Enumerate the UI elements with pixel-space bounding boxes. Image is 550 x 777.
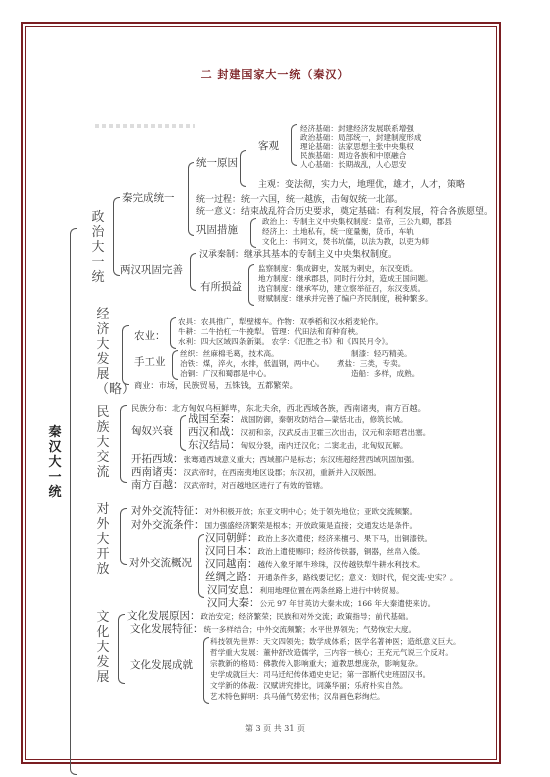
meaning-text: 统一意义：结束战乱符合历史要求，奠定基础：有利发展，符合各族愿望。	[196, 207, 493, 217]
handicraft-item-right: 煮盐：三类，专卖。	[337, 359, 405, 368]
faded-header-text	[95, 124, 195, 128]
ethnic-brace	[120, 405, 127, 483]
culture-reason: 文化发展原因：政治安定；经济繁荣；民族和对外交流；政策指导；前代基础。	[127, 610, 413, 622]
achievement-label: 文化发展成就	[130, 659, 193, 671]
objective-item: 人心基础：长期战乱，人心思安	[300, 160, 406, 169]
adjust-label: 有所损益	[200, 281, 242, 293]
reason-brace	[240, 150, 246, 187]
consolidate-item: 政治上：专制主义中央集权制度：皇帝，三公九卿，郡县	[262, 217, 452, 226]
objective-label: 客观	[258, 140, 279, 152]
adjust-item: 选官制度：继承军功，建立察举征召，东汉变质。	[258, 284, 425, 293]
overview-item: 汉同越南：越传入象牙犀牛珍珠，汉传越铁犁牛耕水利技术。	[205, 558, 425, 570]
agriculture-item: 牛耕：二牛抬杠一牛挽犁。 管理：代田法和育种育秧。	[178, 327, 363, 336]
page-number: 第 3 页 共 31 页	[0, 723, 550, 734]
achievement-item: 科技领先世界：天文四领先；数学成体系；医学名著神医；造纸意义巨大。	[210, 637, 461, 646]
ethnic-distribution: 民族分布：北方匈奴乌桓鲜卑，东北夫余，西北西域各族，西南诸夷，南方百越。	[131, 404, 426, 413]
achievement-item: 哲学重大发展：董仲舒改造儒学，三内容一核心；王充元气说三个反对。	[210, 648, 453, 657]
achievement-brace	[203, 637, 209, 704]
handicraft-label: 手工业	[134, 356, 166, 368]
south-yue: 南方百越：汉武帝时，对百越地区进行了有效的管辖。	[131, 479, 328, 491]
western-regions: 开拓西域：张骞通西域意义重大；西域都户是标志；东汉班超经营西域巩固加强。	[131, 453, 419, 465]
objective-brace	[291, 124, 297, 166]
han-brace	[190, 253, 196, 291]
ethnic-label: 民族大交流	[96, 405, 110, 480]
overview-label: 对外交流概况	[129, 557, 192, 569]
handicraft-item-right: 制漆：轻巧精美。	[351, 349, 412, 358]
overview-item: 汉同朝鲜：政治上多次遣使；经济来檀弓、果下马，出铜漆铁。	[205, 532, 432, 544]
reason-label: 统一原因	[196, 157, 238, 169]
han-inherit-text: 汉承秦制：继承其基本的专制主义中央集权制度。	[199, 250, 397, 260]
culture-feature: 文化发展特征：统一多样结合；中外交流频繁；水平世界领先；气势恢宏大度。	[130, 623, 416, 635]
root-brace	[70, 228, 77, 775]
objective-item: 理论基础：法家思想主张中央集权	[300, 142, 414, 151]
southwest-yi: 西南诸夷：汉武帝时，在西南夷地区设郡；东汉初，重新并入汉版图。	[131, 466, 381, 478]
xiongnu-label: 匈奴兴衰	[131, 425, 173, 437]
overview-brace	[198, 534, 204, 598]
handicraft-item-right: 造船：多样，成熟。	[351, 369, 419, 378]
consolidate-item: 文化上：书同文，焚书坑儒，以法为教，以吏为师	[262, 237, 429, 246]
overview-item: 汉同安息：利用地理位置在两条丝路上进行中转贸易。	[207, 584, 404, 596]
overview-item: 汉同大秦：公元 97 年甘英访大秦未成；166 年大秦遣使来访。	[207, 597, 435, 609]
adjust-brace	[248, 264, 254, 306]
xiongnu-brace	[180, 415, 186, 451]
achievement-item: 史学成就巨大：司马迁纪传体通史史记；第一部断代史班固汉书。	[210, 670, 430, 679]
economy-label: 经济大发展（略）	[96, 307, 110, 397]
culture-label: 文化大发展	[96, 610, 110, 685]
achievement-item: 艺术特色鲜明：兵马俑气势宏伟；汉帛画色彩绚烂。	[210, 692, 385, 701]
process-text: 统一过程：统一六国，统一越族，击匈奴统一北部。	[196, 195, 403, 205]
page-title: 二 封建国家大一统（秦汉）	[0, 66, 550, 82]
xiongnu-item: 西汉和战：汉初和亲，汉武反击卫霍三次出击，汉元和亲昭君出塞。	[188, 426, 430, 438]
handicraft-item: 丝织：丝麻棉毛葛，技术高。	[180, 349, 279, 358]
objective-item: 民族基础：周边各族和中原融合	[300, 151, 406, 160]
opening-brace	[120, 508, 127, 565]
consolidate-item: 经济上：土地私有，统一度量衡，货币，车轨	[262, 227, 414, 236]
handicraft-item: 冶铁：煤，淬火，水排，低温钢，两中心。	[180, 359, 324, 368]
subjective-text: 主观：变法彻，实力大，地理优，雄才，人才，策略	[258, 180, 465, 190]
opening-label: 对外大开放	[96, 502, 110, 577]
agriculture-label: 农业：	[134, 330, 166, 342]
qin-unify-label: 秦完成统一	[122, 192, 175, 204]
consolidate-brace	[250, 218, 256, 248]
adjust-item: 地方制度：继承郡县，同时行分封，造成王国问题。	[258, 274, 433, 283]
objective-item: 政治基础：局部统一，封建制度形成	[300, 133, 422, 142]
handicraft-item: 冶铜：广汉和蜀郡是中心。	[180, 369, 271, 378]
achievement-item: 文学新的体裁：汉赋讲究排比，词藻华丽；乐府朴实自然。	[210, 681, 407, 690]
agriculture-item: 农具：农具推广，犁壁楼车。作物：双季稻和汉水稻麦轮作。	[178, 317, 383, 326]
adjust-item: 财赋制度：继承并完善了编户齐民制度，税种繁多。	[258, 294, 433, 303]
agriculture-brace	[170, 317, 176, 349]
culture-brace	[118, 614, 125, 684]
objective-item: 经济基础：封建经济发展联系增强	[300, 124, 414, 133]
root-label: 秦汉大一统	[48, 425, 62, 500]
politics-brace	[113, 197, 120, 276]
overview-item: 丝绸之路：开通条件多，路线要记忆；意义：划时代，促交流-史实？。	[205, 571, 458, 583]
overview-item: 汉同日本：政治上遣使赐印；经济传铁器，铜器，丝帛入倭。	[205, 545, 425, 557]
han-consolidate-label: 两汉巩固完善	[120, 264, 183, 276]
economy-brace	[122, 325, 129, 385]
opening-condition: 对外交流条件：国力强盛经济繁荣是根本；开放政策是直接；交通发达是条件。	[131, 519, 417, 531]
politics-label: 政治大一统	[91, 210, 105, 285]
handicraft-brace	[172, 350, 178, 380]
achievement-item: 宗教新的格局：佛教传入影响重大；道教思想庞杂，影响复杂。	[210, 659, 423, 668]
commerce-text: 商业：市场，民族贸易，五铢钱，五都繁荣。	[134, 381, 298, 390]
consolidate-label: 巩固措施	[196, 224, 238, 236]
adjust-item: 监察制度：集成御史，发展为刺史，东汉变质。	[258, 264, 417, 273]
opening-feature: 对外交流特征：对外积极开放；东亚文明中心；处于领先地位；亚欧交流频繁。	[131, 505, 417, 517]
agriculture-item: 水利：四大区域四条新渠。 农学：《氾胜之书》和《四民月令》。	[178, 337, 393, 346]
xiongnu-item: 战国至秦：战国防御，秦朝攻防结合—蒙恬北击，修筑长城。	[188, 413, 408, 425]
qin-brace	[188, 162, 194, 236]
xiongnu-item: 东汉结局：匈奴分裂，南内迁汉化；二窦北击，北匈奴瓦解。	[188, 439, 408, 451]
